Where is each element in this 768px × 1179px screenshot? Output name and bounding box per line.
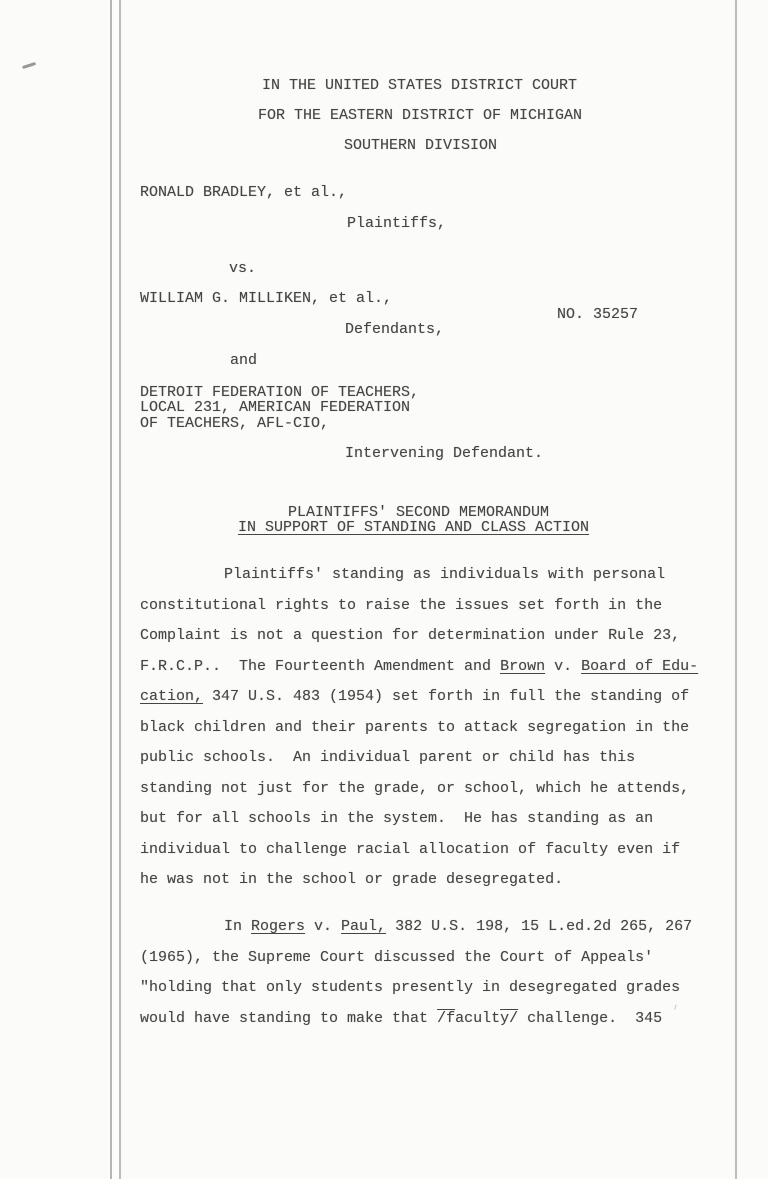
para1-line8: standing not just for the grade, or scho… bbox=[140, 781, 689, 797]
para1-line1: Plaintiffs' standing as individuals with… bbox=[224, 567, 665, 583]
intervenor-name-line3: OF TEACHERS, AFL-CIO, bbox=[140, 416, 329, 432]
para1-line2: constitutional rights to raise the issue… bbox=[140, 598, 662, 614]
para2-line4: would have standing to make that /facult… bbox=[140, 1011, 662, 1027]
para2-line1: In Rogers v. Paul, 382 U.S. 198, 15 L.ed… bbox=[224, 919, 692, 935]
caption-conjunction: and bbox=[230, 353, 257, 369]
para2-line1-lead: In bbox=[224, 918, 251, 935]
case-cite-board-of-education-part1: Board of Edu- bbox=[581, 658, 698, 675]
versus-label: vs. bbox=[229, 261, 256, 277]
para1-line4: F.R.C.P.. The Fourteenth Amendment and B… bbox=[140, 659, 698, 675]
para1-line4-text: F.R.C.P.. The Fourteenth Amendment and bbox=[140, 658, 500, 675]
para1-line6: black children and their parents to atta… bbox=[140, 720, 689, 736]
para2-line1-versus: v. bbox=[305, 918, 341, 935]
para2-line4-text: would have standing to make that bbox=[140, 1010, 437, 1027]
left-binding-rule bbox=[110, 0, 121, 1179]
court-header-line2: FOR THE EASTERN DISTRICT OF MICHIGAN bbox=[258, 108, 582, 124]
para2-line3: "holding that only students presently in… bbox=[140, 980, 680, 996]
bracketed-word-faculty: acult bbox=[455, 1010, 500, 1027]
intervenor-name-line2: LOCAL 231, AMERICAN FEDERATION bbox=[140, 400, 410, 416]
court-header-line1: IN THE UNITED STATES DISTRICT COURT bbox=[262, 78, 577, 94]
typewriter-bracket-close: y/ bbox=[500, 1010, 518, 1027]
para1-line11: he was not in the school or grade desegr… bbox=[140, 872, 563, 888]
stray-scan-mark bbox=[670, 1003, 676, 1009]
para2-line4-end: challenge. 345 bbox=[518, 1010, 662, 1027]
defendant-name: WILLIAM G. MILLIKEN, et al., bbox=[140, 291, 392, 307]
case-cite-paul: Paul, bbox=[341, 918, 386, 935]
defendant-role: Defendants, bbox=[345, 322, 444, 338]
para2-line1-citation: 382 U.S. 198, 15 L.ed.2d 265, 267 bbox=[386, 918, 692, 935]
para1-line5: cation, 347 U.S. 483 (1954) set forth in… bbox=[140, 689, 689, 705]
right-page-edge-rule bbox=[735, 0, 737, 1179]
typewriter-bracket-open: /f bbox=[437, 1010, 455, 1027]
para1-line5-text: 347 U.S. 483 (1954) set forth in full th… bbox=[203, 688, 689, 705]
plaintiff-role: Plaintiffs, bbox=[347, 216, 446, 232]
para1-line9: but for all schools in the system. He ha… bbox=[140, 811, 653, 827]
court-header-line3: SOUTHERN DIVISION bbox=[344, 138, 497, 154]
para1-line10: individual to challenge racial allocatio… bbox=[140, 842, 680, 858]
case-cite-rogers: Rogers bbox=[251, 918, 305, 935]
memorandum-title-line2: IN SUPPORT OF STANDING AND CLASS ACTION bbox=[238, 520, 589, 536]
case-cite-brown: Brown bbox=[500, 658, 545, 675]
para1-line7: public schools. An individual parent or … bbox=[140, 750, 635, 766]
document-page: IN THE UNITED STATES DISTRICT COURT FOR … bbox=[0, 0, 768, 1179]
case-cite-board-of-education-part2: cation, bbox=[140, 688, 203, 705]
para2-line2: (1965), the Supreme Court discussed the … bbox=[140, 950, 653, 966]
handwritten-tick-mark bbox=[22, 62, 36, 69]
case-number: NO. 35257 bbox=[557, 307, 638, 323]
plaintiff-name: RONALD BRADLEY, et al., bbox=[140, 185, 347, 201]
para1-line3: Complaint is not a question for determin… bbox=[140, 628, 680, 644]
para1-line4-versus: v. bbox=[545, 658, 581, 675]
intervenor-role: Intervening Defendant. bbox=[345, 446, 543, 462]
